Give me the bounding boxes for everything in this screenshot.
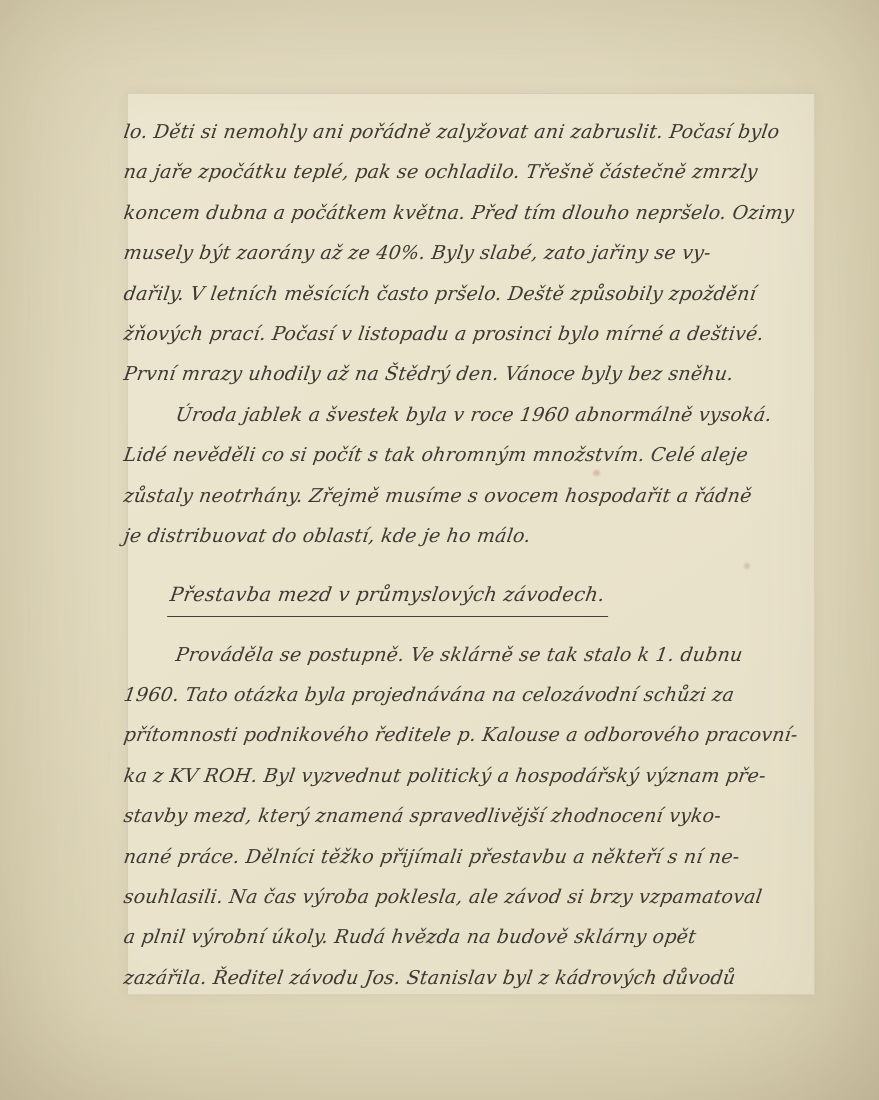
text-line: přítomnosti podnikového ředitele p. Kalo…: [121, 715, 837, 755]
paragraph-weather: lo. Děti si nemohly ani pořádně zalyžova…: [121, 112, 831, 395]
section-heading: Přestavba mezd v průmyslových závodech.: [167, 575, 614, 617]
text-line: Lidé nevěděli co si počít s tak ohromným…: [121, 435, 837, 475]
handwritten-text: lo. Děti si nemohly ani pořádně zalyžova…: [121, 112, 831, 998]
text-line: zůstaly neotrhány. Zřejmě musíme s ovoce…: [121, 476, 837, 516]
text-line: souhlasili. Na čas výroba poklesla, ale …: [121, 877, 837, 917]
text-line: žňových prací. Počasí v listopadu a pros…: [121, 314, 837, 354]
text-line: lo. Děti si nemohly ani pořádně zalyžova…: [121, 112, 837, 152]
text-line: Prováděla se postupně. Ve sklárně se tak…: [121, 635, 837, 675]
text-line: dařily. V letních měsících často pršelo.…: [121, 274, 837, 314]
text-line: 1960. Tato otázka byla projednávána na c…: [121, 675, 837, 715]
text-line: koncem dubna a počátkem května. Před tím…: [121, 193, 837, 233]
text-line: stavby mezd, který znamená spravedlivějš…: [121, 796, 837, 836]
section-heading-row: Přestavba mezd v průmyslových závodech.: [167, 575, 831, 615]
text-line: ka z KV ROH. Byl vyzvednut politický a h…: [121, 756, 837, 796]
text-line: na jaře zpočátku teplé, pak se ochladilo…: [121, 152, 837, 192]
text-line: První mrazy uhodily až na Štědrý den. Vá…: [121, 354, 837, 394]
chronicle-page: lo. Děti si nemohly ani pořádně zalyžova…: [0, 0, 879, 1100]
text-line: Úroda jablek a švestek byla v roce 1960 …: [121, 395, 837, 435]
text-line: nané práce. Dělníci těžko přijímali přes…: [121, 837, 837, 877]
text-line: musely být zaorány až ze 40%. Byly slabé…: [121, 233, 837, 273]
paragraph-harvest: Úroda jablek a švestek byla v roce 1960 …: [121, 395, 831, 557]
text-line: je distribuovat do oblastí, kde je ho má…: [121, 516, 837, 556]
text-line: a plnil výrobní úkoly. Rudá hvězda na bu…: [121, 917, 837, 957]
paragraph-wage-reform: Prováděla se postupně. Ve sklárně se tak…: [121, 635, 831, 999]
text-line: zazářila. Ředitel závodu Jos. Stanislav …: [121, 958, 837, 998]
